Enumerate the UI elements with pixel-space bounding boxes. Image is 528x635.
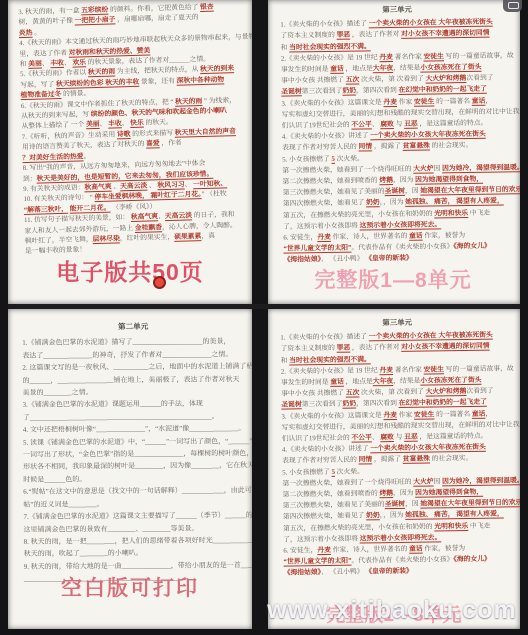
text-line: 4. 文中还把梧桐树叶像“______________”，“水泥道”像_____… (23, 422, 245, 436)
answer-text: 《皇帝的新装》 (365, 568, 413, 576)
question-text: ” 为线索， (202, 97, 236, 105)
answer-text: 安徒生 (424, 366, 444, 373)
answer-text: 圣诞树 (385, 501, 405, 508)
question-text: 与 (394, 121, 404, 128)
question-text: ，红叶的果实生， (120, 234, 175, 243)
answer-text: 停车坐爱枫林晚， 霜叶红于二月花。 (94, 191, 201, 201)
question-text: 次看到了 (466, 75, 493, 82)
answer-text: 因为她冷，渴望得到温暖。 (442, 477, 520, 485)
answer-text: 金桂飘香 (135, 224, 162, 232)
question-text: 因 (434, 478, 443, 485)
answer-text: 不公平 (351, 434, 371, 441)
question-text: ，地点是 (344, 65, 373, 72)
question-text: 4.《卖火柴的小女孩》讲述了 (282, 133, 370, 141)
question-text: 第二次擦燃火柴，她看到喷香的 (283, 490, 380, 498)
answer-text: 在幻觉中和奶奶的一起飞走了 (399, 399, 487, 407)
answer-text: 五次 (346, 77, 360, 84)
corner-badge[interactable] (503, 0, 522, 12)
answer-text: 不公平 (351, 121, 371, 128)
question-text: 家人和友人一起去郊外游玩，一路上 (24, 224, 135, 234)
question-text: 的一篇著名 (434, 98, 471, 106)
answer-text: 安徒生 (423, 53, 443, 60)
question-text: 4. 文中还把梧桐树叶像“______________”，“水泥道”像_____… (23, 424, 245, 434)
question-text: 和 (281, 357, 290, 364)
answer-text: 一把把小扇子 (75, 17, 116, 25)
answer-text: 丹麦 (317, 234, 331, 241)
question-text: 的秋天景象，表达了作者对______之情。 (86, 56, 210, 66)
answer-text: 她孤独、 痛苦， 渴望有人疼爱， (405, 198, 504, 206)
question-text: ，，因为 (380, 512, 406, 519)
text-line: 形状各不相同，我印象最深的树叶是________，因为像________，它在秋… (23, 460, 245, 474)
answer-text: 对秋雨和秋天的热爱、赞美 (69, 47, 151, 56)
question-text: 1.《卖火柴的小女孩》描述了 (280, 21, 368, 29)
answer-text: 快乐 (130, 120, 144, 127)
question-text: 、 (64, 60, 73, 67)
answer-text: 贫富悬殊 (403, 143, 430, 150)
answer-text: 天高云淡 (165, 212, 192, 220)
question-text: 的一篇著名 (434, 411, 471, 419)
question-text: 第五次，在擦燃火柴的亮光里，小女孩在和奶奶的 (283, 210, 434, 219)
row-separator-line (0, 304, 528, 309)
question-text: 、 (185, 181, 194, 188)
answer-text: 小女孩冻死在了街头 (420, 377, 481, 385)
answer-text: 圣诞树 (281, 402, 301, 409)
question-text: 表现了作者对穷苦人民的 (282, 144, 359, 152)
answer-text: 贫富悬殊 (403, 456, 430, 463)
answer-text: 一叶知秋、 (193, 180, 227, 188)
answer-text: 小女孩冻死在了街头 (420, 64, 481, 72)
question-text: 3. 秋天的雨，有一盒 (18, 7, 81, 16)
text-line: 7.《铺满金色巴掌的水泥道》这篇课文主要描写了______（季节）______的… (23, 509, 245, 523)
answer-text: 她渴望在大年夜里得到节日的欢乐。 (420, 499, 520, 508)
question-text: 第二次擦燃火柴，她看到喷香的 (282, 177, 379, 185)
answer-text: 丹麦 (383, 99, 397, 106)
question-text: ，表达了作者对 (350, 344, 401, 352)
answer-text: 奶奶 (342, 401, 356, 408)
question-text: 帖”的近义词是________。 (23, 500, 103, 509)
answer-text: 硕果累累 (174, 233, 201, 241)
question-text: ，真 (201, 233, 215, 240)
question-text: （李峤《风》） (110, 203, 156, 211)
question-text: 9. 有关秋天的成语： (23, 184, 84, 193)
answer-text: 丰收 (50, 60, 64, 67)
answer-text: 炎热 (19, 30, 33, 37)
question-text: 3.《铺满金色巴掌的水泥道》课题运用______的手法，体现 (23, 400, 203, 409)
question-text: 用诗的语言赞美了秋天，表达了对秋天的 (22, 141, 146, 151)
question-text: 时候是______色的。 (23, 475, 86, 483)
answer-text: 她孤独、 痛苦， 渴望有人疼爱， (405, 511, 504, 519)
question-text: 中飞走 (468, 209, 490, 216)
answer-text: 天高云淡 (120, 182, 147, 190)
question-text: 、 (122, 121, 131, 128)
answer-text: 丹麦 (379, 54, 393, 61)
frame-edge-right (520, 0, 528, 635)
question-text: 了，这预示着小女孩即将 (283, 535, 360, 543)
question-text: 3.《卖火柴的小女孩》这篇课文是 (281, 412, 383, 420)
question-text: ，是这篇童话的特点。 (418, 433, 488, 441)
question-text: 作家、诗人，世界著名的 (331, 233, 409, 241)
question-text: ” （杜牧 (201, 191, 226, 199)
answer-text: 层林尽染 (93, 235, 120, 243)
answer-text: 腐败 (380, 434, 394, 441)
question-text: 。 (32, 29, 41, 36)
question-text: 作家，被誉为 (423, 232, 466, 240)
answer-text: 奶奶 (342, 88, 356, 95)
question-text: 9. 秋天的雨，带给大地的是一曲______________，带给小朋友的是一首… (24, 561, 252, 571)
answer-text: 大年夜 (373, 378, 393, 385)
answer-text: 大年夜 (373, 65, 393, 72)
answer-text: 同情 (358, 144, 372, 151)
question-text: 中飞走 (468, 522, 490, 529)
question-text: ，因为 (393, 490, 415, 497)
question-text: 2. 这篇课文写的是一夜秋风、__________之后，地面中的水泥道上铺满了梧… (22, 362, 252, 372)
question-text: ，第四次看到 (356, 400, 399, 408)
unit-title: 第二单元 (22, 320, 244, 334)
question-text: 作家、诗人，世界著名的 (331, 546, 409, 554)
question-text: 第四次擦燃火柴，她看见了 (283, 200, 366, 208)
question-text: 。 (83, 153, 90, 160)
answer-text: 《皇帝的新装》 (365, 255, 413, 263)
answer-text: 童话 (330, 379, 344, 386)
answer-text: 深秋中各种动物 (177, 76, 225, 84)
question-text: 事中小女孩 共擦燃了 (281, 77, 346, 85)
worksheet-text-top-right: 第三单元1.《卖火柴的小女孩》描述了 一个卖火柴的小女孩在 大年夜被冻死街头了资… (268, 0, 520, 304)
question-text: 2.《卖火柴的小女孩》是 19 世纪 (281, 367, 380, 375)
question-text: 这里铺满金色巴掌的景致有________、________等美景。 (24, 524, 199, 533)
answer-text: 因为她渴望得到食物， (415, 176, 483, 184)
caption-electronic-version: 电子版共50页 (8, 254, 252, 287)
question-text: 的日子，我和 (192, 211, 235, 219)
answer-text: 秋天的雨 (175, 98, 202, 106)
question-text: 的情景。 (61, 90, 90, 98)
question-text: 景象，还有 (139, 78, 177, 86)
answer-text: 秋天的雨 (88, 69, 115, 77)
question-text: 。代表作品有《卖火柴的小女孩》 (351, 556, 453, 564)
answer-text: “世界儿童文学的太阳” (283, 245, 351, 253)
answer-text: 一个卖火柴的小女孩大年夜冻死在街头 (370, 444, 486, 453)
answer-text: 童话 (330, 66, 344, 73)
question-text: ，沁人心脾，令人陶醉。 (162, 222, 237, 231)
answer-text: 欢乐 (72, 59, 86, 66)
question-text: 为主线，把秋天的特点，从 (115, 67, 200, 76)
question-text: 到： (23, 175, 37, 182)
answer-text: 丹麦 (383, 412, 397, 419)
answer-text: ？对美好生活的热爱 (22, 153, 83, 162)
answer-text: 缤纷的颜色、秋天的气味和吹起金色的小喇叭 (91, 107, 227, 118)
question-text: 们认识了19世纪社会的 (282, 122, 352, 130)
question-text: 了，这预示着小女孩即将 (283, 222, 360, 230)
question-text: 表现了作者对穷苦人民的 (282, 457, 359, 465)
question-text: 表达了______________的神奇，抒发了作者对_____________… (22, 350, 232, 359)
question-text: ， (485, 97, 492, 104)
answer-text: 大火炉和烤鹅 (426, 388, 467, 396)
question-text: ，第四次看到 (356, 87, 399, 95)
question-text: 一词写出了形状，“金色巴掌”指的是______________，每棵树的树叶颜色… (23, 449, 252, 459)
answer-text: 安徒生 (414, 98, 434, 105)
answer-text: 童话 (472, 97, 486, 104)
question-text: 的社会现实。 (430, 455, 473, 463)
question-text: ，因 (405, 188, 420, 195)
answer-text: 同情 (359, 457, 373, 464)
answer-text: 她渴望在大年夜里得到节日的欢乐。 (420, 186, 520, 195)
answer-text: 《拇指姑娘》 (284, 570, 321, 578)
question-text: 事发生的时间是 (281, 379, 330, 387)
question-text: 4.《卖火柴的小女孩》讲述了 (282, 446, 370, 454)
question-text: ，因为 (393, 177, 415, 184)
unit-title: 第三单元 (280, 315, 514, 329)
question-text: 5.《秋天的雨》作者以 (20, 70, 88, 79)
page-gap-vertical-bottom (252, 308, 268, 635)
answer-text: 这预示着小女孩即将死去。 (360, 221, 442, 229)
answer-text: 秋高气爽 (131, 213, 158, 221)
answer-text: 因为她冷，渴望得到温暖。 (442, 164, 520, 172)
answer-text: 罪恶 (337, 32, 351, 39)
answer-text: 丰收 (108, 121, 122, 128)
answer-text: “世界儿童文学的太阳” (283, 558, 351, 566)
question-text: 作家 (397, 411, 414, 418)
question-text: 6.“熨帖”在这文中的意思是（找文中的一句话解释）____________，由此… (23, 486, 252, 496)
answer-text: 光明和快乐 (434, 523, 468, 530)
question-text: 5. 小女孩擦燃了 (282, 469, 331, 477)
question-text: 、 (111, 183, 120, 190)
answer-text: 因为她渴望得到食物， (415, 489, 483, 497)
question-text: 10. 有关秋天的诗句： “ (23, 194, 94, 203)
text-line: 《拇指姑娘》、 《丑小鸭》 《皇帝的新装》 (284, 565, 518, 579)
question-text: 第三次看到了 (302, 401, 343, 409)
question-text: 和 (281, 44, 290, 51)
answer-text: 秋风习习 (157, 181, 184, 189)
site-watermark: www.xitibaoku.com (256, 596, 528, 625)
question-text: 写的一篇童话故事，故 (444, 52, 514, 60)
text-line: 9. 秋天的雨，带给大地的是一曲______________，带给小朋友的是一首… (24, 559, 246, 573)
unit-title: 第三单元 (280, 2, 514, 16)
answer-text: 美丽 (86, 121, 100, 128)
answer-text: 五次 (346, 390, 360, 397)
worksheet-page-top-right: 第三单元1.《卖火柴的小女孩》描述了 一个卖火柴的小女孩在 大年夜被冻死街头了资… (268, 0, 520, 304)
question-text: ，揭露了 (372, 456, 403, 463)
frame-edge-left (0, 0, 8, 635)
question-text: 的形式来描写 (130, 130, 174, 138)
answer-text: 秋天缤纷的色彩 秋天的丰收 (56, 79, 139, 88)
page-gap-vertical-top (252, 0, 268, 306)
question-text: 形状各不相同，我印象最深的树叶是________，因为像________，它在秋… (23, 462, 252, 472)
question-text: 1.《卖火柴的小女孩》描述了 (280, 334, 368, 342)
question-text: 作家 (397, 98, 414, 105)
question-text: ，地点是 (344, 378, 373, 385)
answer-text: 腐败 (380, 121, 394, 128)
question-text: 事中小女孩 共擦燃了 (281, 390, 346, 398)
question-text: 、 (147, 182, 157, 189)
caption-blank-printable: 空白版可打印 (8, 572, 252, 602)
answer-text: 秋天里大自然的声音 (175, 128, 236, 137)
answer-text: 《海的女儿》 (453, 556, 490, 564)
question-text: 6. 安徒生， (283, 547, 317, 554)
answer-text: 一个卖火柴的小女孩在 大年夜被冻死街头 (369, 19, 493, 28)
question-text: 、 《丑小鸭》 (321, 256, 365, 264)
question-text: 7.《听听，秋的声音》生动采用 (22, 131, 117, 141)
answer-text: 奶奶 (366, 200, 380, 207)
question-text: 次火柴，第 次看到了 (359, 76, 425, 84)
answer-text: 在幻觉中和奶奶的一起飞走了 (398, 86, 486, 94)
question-text: 5. 小女孩擦燃了 (282, 156, 331, 164)
question-text: 次看到了 (466, 388, 493, 395)
answer-text: 美丽 (28, 61, 42, 68)
answer-text: 一个卖火柴的小女孩在 大年夜被冻死街头 (369, 332, 493, 341)
question-text: 、 (372, 434, 381, 441)
question-text: ，因 (405, 501, 420, 508)
question-text: 2.《卖火柴的小女孩》是 19 世纪 (281, 54, 380, 62)
question-text: 了_______________________________________… (23, 412, 219, 421)
answer-text: 喜爱 (146, 141, 160, 148)
answer-text: 当时社会现实的强烈不满。 (289, 356, 371, 364)
answer-text: 对小女孩不幸遭遇的深切同情 (401, 30, 489, 38)
question-text: 11. 仿写句子描写秋天的美景，如： (24, 214, 131, 224)
question-text: 枫叶红了，半空飞舞， (25, 236, 93, 245)
question-text: 作家，被誉为 (423, 545, 466, 553)
answer-text: 丑恶 (404, 121, 418, 128)
question-text: 里，表达了作者 (19, 49, 68, 57)
answer-text: 五彩缤纷 (81, 7, 108, 15)
text-line: 8. 秋天的雨，是一把________，把人们的思绪带着各项好时光_______… (24, 534, 246, 548)
question-text: 著名作家 (393, 53, 424, 60)
question-text: 1.《铺满金色巴掌的水泥道》描写了____________________的美景… (22, 338, 230, 347)
question-text: 写起，写了 (20, 81, 56, 89)
text-line: 6.“熨帖”在这文中的意思是（找文中的一句话解释）____________，由此… (23, 484, 245, 498)
question-text: 了资本主义制度的 (281, 345, 337, 353)
frame-edge-bottom (0, 629, 528, 635)
question-text: 们认识了19世纪社会的 (282, 435, 352, 443)
question-text: 第三次看到了 (302, 88, 343, 96)
question-text: 的______，________________铺在地上，美丽极了，表达了作者对… (22, 375, 239, 385)
question-text: ，作者 (160, 140, 182, 148)
question-text: 、 (42, 60, 51, 67)
answer-text: 植物准备过冬 (21, 91, 62, 99)
question-text: 8. 秋天的雨，是一把________，把人们的思绪带着各项好时光_______… (24, 536, 252, 546)
question-text: 第一次擦燃火柴，她看到了一个烧得旺旺的 (282, 166, 413, 175)
question-text: 、 (100, 121, 109, 128)
answer-text: 丹麦 (317, 547, 331, 554)
question-text: 第三次擦燃火柴，她看见了美丽的 (283, 188, 385, 196)
answer-text: 这预示着小女孩即将死去。 (360, 534, 442, 542)
answer-text: 丑恶 (404, 434, 418, 441)
question-text: 3.《卖火柴的小女孩》这篇课文是 (281, 99, 383, 107)
question-text: ，结果是 (393, 65, 420, 72)
question-text: 次火柴。 (335, 468, 364, 475)
text-line: 2. 这篇课文写的是一夜秋风、__________之后，地面中的水泥道上铺满了梧… (22, 360, 244, 374)
question-text: 秋天的雨，吹起了________的小喇叭。 (24, 549, 143, 558)
question-text: 写的一篇童话故事，故 (444, 365, 514, 373)
question-text: 第四次擦燃火柴，她看见了 (283, 513, 366, 521)
question-text: 与 (394, 434, 404, 441)
caption-complete-version-top: 完整版1—8单元 (268, 264, 518, 294)
answer-text: 能开二月花。 (70, 204, 111, 212)
question-text: 因 (434, 165, 443, 172)
answer-text: 大火炉和烤鹅 (426, 75, 467, 83)
answer-text: 《海的女儿》 (453, 243, 490, 251)
question-text: 次火柴。 (335, 155, 364, 162)
answer-text: 圣诞树 (385, 188, 405, 195)
question-text: ，，因为 (380, 199, 406, 206)
answer-text: 丹麦 (379, 367, 393, 374)
question-text: ， (485, 410, 492, 417)
question-text: 。代表作品有《卖火柴的小女孩》 (351, 243, 453, 251)
question-text: 著名作家 (393, 366, 424, 373)
worksheet-page-bottom-right: 第三单元1.《卖火柴的小女孩》描述了 一个卖火柴的小女孩在 大年夜被冻死街头了资… (268, 309, 520, 629)
answer-text: 奶奶 (366, 513, 380, 520)
answer-text: 对小女孩不幸遭遇的深切同情 (401, 343, 489, 351)
question-text: 第五次，在擦燃火柴的亮光里，小女孩在和奶奶的 (283, 523, 434, 532)
question-text: 的秋天。 (144, 119, 173, 127)
question-text: 第一次擦燃火柴，她看到了一个烧得旺旺的 (282, 479, 413, 488)
question-text: 、 (372, 121, 381, 128)
answer-text: 罪恶 (337, 345, 351, 352)
question-text: 事发生的时间是 (281, 66, 330, 74)
cursor-dot-icon (153, 276, 166, 289)
question-text: ，表达了作者对 (350, 31, 401, 39)
question-text: ，揭露了 (372, 143, 403, 150)
answer-text: 秋高气爽 (84, 183, 111, 191)
worksheet-text-bottom-right: 第三单元1.《卖火柴的小女孩》描述了 一个卖火柴的小女孩在 大年夜被冻死街头了资… (268, 309, 520, 629)
question-text: 的颜料。你看，它把黄色给了 (108, 4, 200, 14)
question-text: 7.《铺满金色巴掌的水泥道》这篇课文主要描写了______（季节）______的… (23, 511, 252, 521)
question-text: ，扇哪扇哪，扇走了夏天的 (115, 14, 198, 23)
question-text: 次火柴，第 次看到了 (359, 389, 425, 397)
answer-text: 童话 (409, 233, 423, 240)
answer-text: 《拇指姑娘》 (284, 257, 321, 265)
answer-text: “解落三秋叶， (24, 206, 68, 214)
question-text: 树，黄黄的叶子像 (19, 18, 75, 27)
question-text: 第三次擦燃火柴，她看见了美丽的 (283, 501, 385, 509)
question-text: 和 (20, 61, 29, 68)
question-text: 美景的________之情。 (23, 388, 93, 396)
answer-text: 圣诞树 (281, 89, 301, 96)
answer-text: 童话 (409, 546, 423, 553)
question-text: 的社会现实。 (430, 142, 473, 150)
question-text: ，结果是 (393, 378, 420, 385)
answer-text: 一个卖火柴的小女孩大年夜冻死在街头 (370, 131, 486, 140)
question-text: 从秋天的到来写起，写 (21, 111, 91, 120)
question-text: 5. 读课《铺满金色巴掌的水泥道》中，“______”一词写出了颜色，“____… (23, 437, 252, 447)
answer-text: 银杏 (200, 4, 214, 11)
answer-text: 当时社会现实的强烈不满。 (289, 43, 371, 51)
answer-text: 烤鹅 (379, 177, 393, 184)
question-text: ，是这篇童话的特点。 (418, 120, 488, 128)
text-line: 的______，________________铺在地上，美丽极了，表达了作者对… (22, 373, 244, 387)
answer-text: 烤鹅 (379, 490, 393, 497)
answer-text: 安徒生 (414, 411, 434, 418)
question-text: 了资本主义制度的 (280, 32, 336, 40)
question-text: 从整体上描绘了 一个 (21, 122, 86, 131)
answer-text: 诗歌 (117, 131, 131, 138)
question-text: 6. 安徒生， (283, 234, 317, 241)
answer-text: 大火炉 (413, 478, 433, 485)
answer-text: 光明和快乐 (434, 210, 468, 217)
answer-text: 大火炉 (413, 165, 433, 172)
answer-text: 秋天的到来 (200, 66, 234, 74)
question-text: 、 《丑小鸭》 (321, 569, 365, 577)
answer-text: 童话 (472, 410, 486, 417)
